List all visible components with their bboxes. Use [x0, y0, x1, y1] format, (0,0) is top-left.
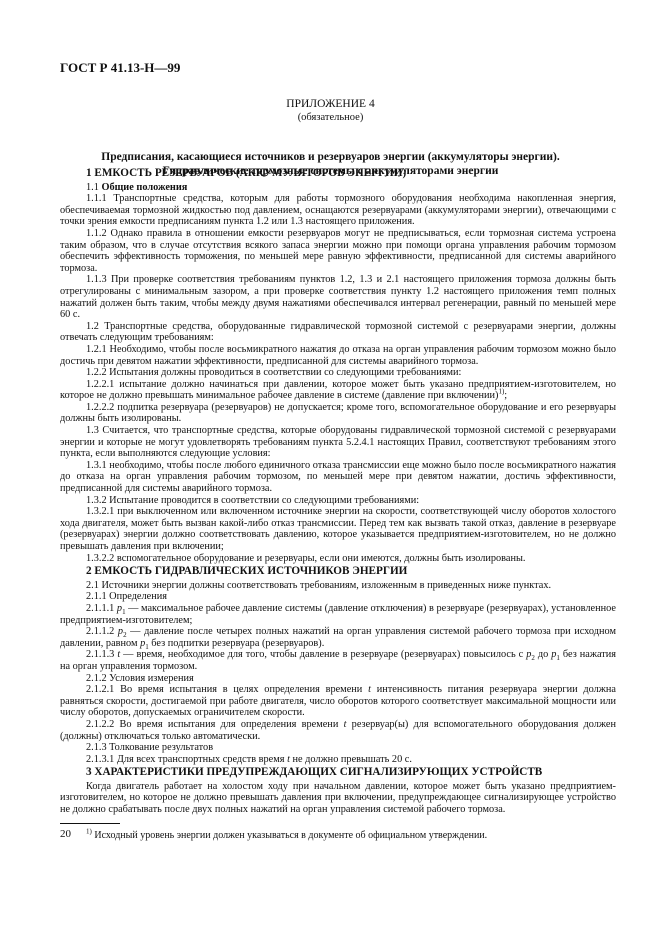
paragraph-text: 2.1.2.2 Во время испытания для определен…	[86, 719, 344, 730]
subsection-number: 1.1	[86, 182, 101, 193]
paragraph-1-2-2-2: 1.2.2.2 подпитка резервуара (резервуаров…	[60, 402, 616, 425]
paragraph-1-3-2-1: 1.3.2.1 при выключенном или включенном и…	[60, 506, 616, 552]
section-3-heading: 3 ХАРАКТЕРИСТИКИ ПРЕДУПРЕЖДАЮЩИХ СИГНАЛИ…	[60, 767, 616, 779]
paragraph-text: 1.2.2.1 испытание должно начинаться при …	[60, 379, 616, 402]
paragraph-number: 2.1.1.3	[86, 649, 117, 660]
footnote-marker: 1)	[86, 827, 92, 835]
paragraph-1-2-2: 1.2.2 Испытания должны проводиться в соо…	[60, 367, 616, 379]
paragraph-2-1-1-1: 2.1.1.1 p1 — максимальное рабочее давлен…	[60, 603, 616, 626]
section-1-heading: 1 ЕМКОСТЬ РЕЗЕРВУАРОВ (АККУМУЛЯТОРОВ ЭНЕ…	[60, 168, 616, 180]
footnote-divider	[60, 823, 120, 824]
paragraph-1-1-1: 1.1.1 Транспортные средства, которым для…	[60, 193, 616, 228]
paragraph-1-3-2-2: 1.3.2.2 вспомогательное оборудование и р…	[60, 553, 616, 565]
paragraph-1-3-1: 1.3.1 необходимо, чтобы после любого еди…	[60, 460, 616, 495]
paragraph-text: — максимальное рабочее давление системы …	[60, 603, 616, 626]
footnote-text: Исходный уровень энергии должен указыват…	[94, 830, 487, 841]
paragraph-1-2-1: 1.2.1 Необходимо, чтобы после восьмикрат…	[60, 344, 616, 367]
appendix-status: (обязательное)	[0, 112, 661, 123]
paragraph-2-1-1: 2.1.1 Определения	[60, 591, 616, 603]
paragraph-text: 2.1.3.1 Для всех транспортных средств вр…	[86, 754, 287, 765]
document-body: 1 ЕМКОСТЬ РЕЗЕРВУАРОВ (АККУМУЛЯТОРОВ ЭНЕ…	[60, 168, 616, 841]
paragraph-2-1-2: 2.1.2 Условия измерения	[60, 673, 616, 685]
paragraph-2-1-3: 2.1.3 Толкование результатов	[60, 742, 616, 754]
page-number: 20	[60, 828, 71, 840]
paragraph-number: 2.1.1.2	[86, 626, 118, 637]
paragraph-1-3: 1.3 Считается, что транспортные средства…	[60, 425, 616, 460]
section-2-heading: 2 ЕМКОСТЬ ГИДРАВЛИЧЕСКИХ ИСТОЧНИКОВ ЭНЕР…	[60, 566, 616, 578]
subsection-1-1-heading: 1.1 Общие положения	[60, 182, 616, 194]
paragraph-2-1-1-3: 2.1.1.3 t — время, необходимое для того,…	[60, 649, 616, 672]
paragraph-1-1-3: 1.1.3 При проверке соответствия требован…	[60, 274, 616, 320]
paragraph-2-1-3-1: 2.1.3.1 Для всех транспортных средств вр…	[60, 754, 616, 766]
subsection-title: Общие положения	[101, 182, 187, 193]
paragraph-text: — время, необходимое для того, чтобы дав…	[120, 649, 526, 660]
paragraph-3: Когда двигатель работает на холостом ход…	[60, 781, 616, 816]
paragraph-1-2-2-1: 1.2.2.1 испытание должно начинаться при …	[60, 379, 616, 402]
paragraph-1-1-2: 1.1.2 Однако правила в отношении емкости…	[60, 228, 616, 274]
paragraph-1-3-2: 1.3.2 Испытание проводится в соответстви…	[60, 495, 616, 507]
paragraph-2-1: 2.1 Источники энергии должны соответство…	[60, 580, 616, 592]
paragraph-text: без подпитки резервуара (резервуаров).	[149, 638, 325, 649]
appendix-title-line-1: Предписания, касающиеся источников и рез…	[0, 150, 661, 164]
paragraph-2-1-2-1: 2.1.2.1 Во время испытания в целях опред…	[60, 684, 616, 719]
footnote: 1) Исходный уровень энергии должен указы…	[60, 830, 616, 842]
document-code-header: ГОСТ Р 41.13-Н—99	[60, 60, 180, 76]
paragraph-1-2: 1.2 Транспортные средства, оборудованные…	[60, 321, 616, 344]
paragraph-2-1-1-2: 2.1.1.2 p2 — давление после четырех полн…	[60, 626, 616, 649]
paragraph-2-1-2-2: 2.1.2.2 Во время испытания для определен…	[60, 719, 616, 742]
paragraph-text-end: ;	[504, 390, 507, 401]
paragraph-text: до	[535, 649, 551, 660]
paragraph-text: не должно превышать 20 с.	[290, 754, 412, 765]
paragraph-number: 2.1.1.1	[86, 603, 117, 614]
paragraph-text: 2.1.2.1 Во время испытания в целях опред…	[86, 684, 368, 695]
appendix-label: ПРИЛОЖЕНИЕ 4	[0, 98, 661, 110]
